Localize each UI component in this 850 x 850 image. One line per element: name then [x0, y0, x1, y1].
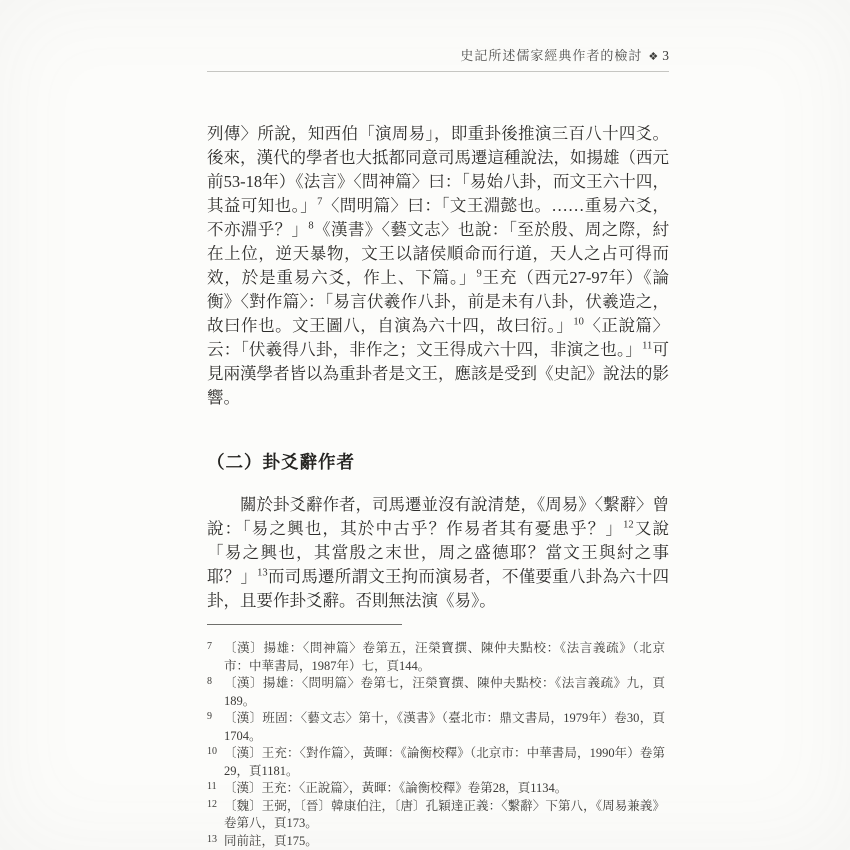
footnote-ref-10: 10: [573, 317, 584, 328]
footnote-12: 12 〔魏〕王弼，〔晉〕韓康伯注，〔唐〕孔穎達正義：〈繫辭〉下第八，《周易兼義》…: [207, 798, 665, 833]
footnote-text: 〔漢〕班固：〈藝文志〉第十，《漢書》（臺北市：鼎文書局，1979年）卷30，頁1…: [224, 711, 665, 743]
footnote-13: 13 同前註，頁175。: [207, 833, 665, 850]
footnote-number: 8: [207, 673, 212, 691]
page-number: 3: [662, 48, 669, 63]
footnote-text: 〔漢〕揚雄：〈問神篇〉卷第五，汪榮寶撰、陳仲夫點校：《法言義疏》（北京市：中華書…: [224, 641, 665, 673]
footnote-11: 11 〔漢〕王充：〈正說篇〉，黃暉：《論衡校釋》卷第28，頁1134。: [207, 780, 665, 798]
footnote-ref-11: 11: [642, 341, 652, 352]
footnote-text: 〔漢〕揚雄：〈問明篇〉卷第七，汪榮寶撰、陳仲夫點校：《法言義疏》九，頁189。: [224, 676, 665, 708]
page-body: 列傳〉所說，知西伯「演周易」，即重卦後推演三百八十四爻。後來，漢代的學者也大抵都…: [207, 122, 669, 850]
footnote-8: 8 〔漢〕揚雄：〈問明篇〉卷第七，汪榮寶撰、陳仲夫點校：《法言義疏》九，頁189…: [207, 675, 665, 710]
page-header: 史記所述儒家經典作者的檢討❖3: [207, 46, 669, 72]
running-head: 史記所述儒家經典作者的檢討❖3: [207, 46, 669, 67]
footnote-text: 同前註，頁175。: [224, 834, 318, 848]
section-heading: （二）卦爻辭作者: [207, 450, 669, 475]
body-text-segment: 而司馬遷所謂文王拘而演易者，不僅要重八卦為六十四卦，且要作卦爻辭。否則無法演《易…: [207, 567, 669, 610]
footnote-7: 7 〔漢〕揚雄：〈問神篇〉卷第五，汪榮寶撰、陳仲夫點校：《法言義疏》（北京市：中…: [207, 640, 665, 675]
footnote-separator-rule: [207, 624, 402, 625]
footnote-number: 9: [207, 708, 212, 726]
paragraph-continuation: 列傳〉所說，知西伯「演周易」，即重卦後推演三百八十四爻。後來，漢代的學者也大抵都…: [207, 122, 669, 410]
footnote-ref-13: 13: [257, 568, 268, 579]
footnote-number: 7: [207, 638, 212, 656]
paragraph-2: 關於卦爻辭作者，司馬遷並沒有說清楚，《周易》〈繫辭〉曾說：「易之興也，其於中古乎…: [207, 493, 669, 613]
footnote-text: 〔漢〕王充：〈對作篇〉，黃暉：《論衡校釋》（北京市：中華書局，1990年）卷第2…: [224, 746, 665, 778]
footnotes-list: 7 〔漢〕揚雄：〈問神篇〉卷第五，汪榮寶撰、陳仲夫點校：《法言義疏》（北京市：中…: [207, 640, 665, 850]
header-rule: [207, 71, 669, 72]
footnote-10: 10 〔漢〕王充：〈對作篇〉，黃暉：《論衡校釋》（北京市：中華書局，1990年）…: [207, 745, 665, 780]
scanned-document-page: 史記所述儒家經典作者的檢討❖3 列傳〉所說，知西伯「演周易」，即重卦後推演三百八…: [0, 0, 850, 850]
footnote-ref-12: 12: [623, 520, 634, 531]
body-text-segment: 關於卦爻辭作者，司馬遷並沒有說清楚，《周易》〈繫辭〉曾說：「易之興也，其於中古乎…: [207, 495, 669, 538]
footnote-9: 9 〔漢〕班固：〈藝文志〉第十，《漢書》（臺北市：鼎文書局，1979年）卷30，…: [207, 710, 665, 745]
footnote-number: 11: [207, 778, 217, 796]
footnote-number: 13: [207, 831, 217, 849]
footnote-text: 〔漢〕王充：〈正說篇〉，黃暉：《論衡校釋》卷第28，頁1134。: [224, 781, 567, 795]
running-head-title: 史記所述儒家經典作者的檢討: [460, 48, 642, 63]
diamond-ornament-icon: ❖: [648, 51, 658, 63]
footnote-number: 10: [207, 743, 217, 761]
footnote-text: 〔魏〕王弼，〔晉〕韓康伯注，〔唐〕孔穎達正義：〈繫辭〉下第八，《周易兼義》卷第八…: [224, 799, 665, 831]
footnote-number: 12: [207, 796, 217, 814]
